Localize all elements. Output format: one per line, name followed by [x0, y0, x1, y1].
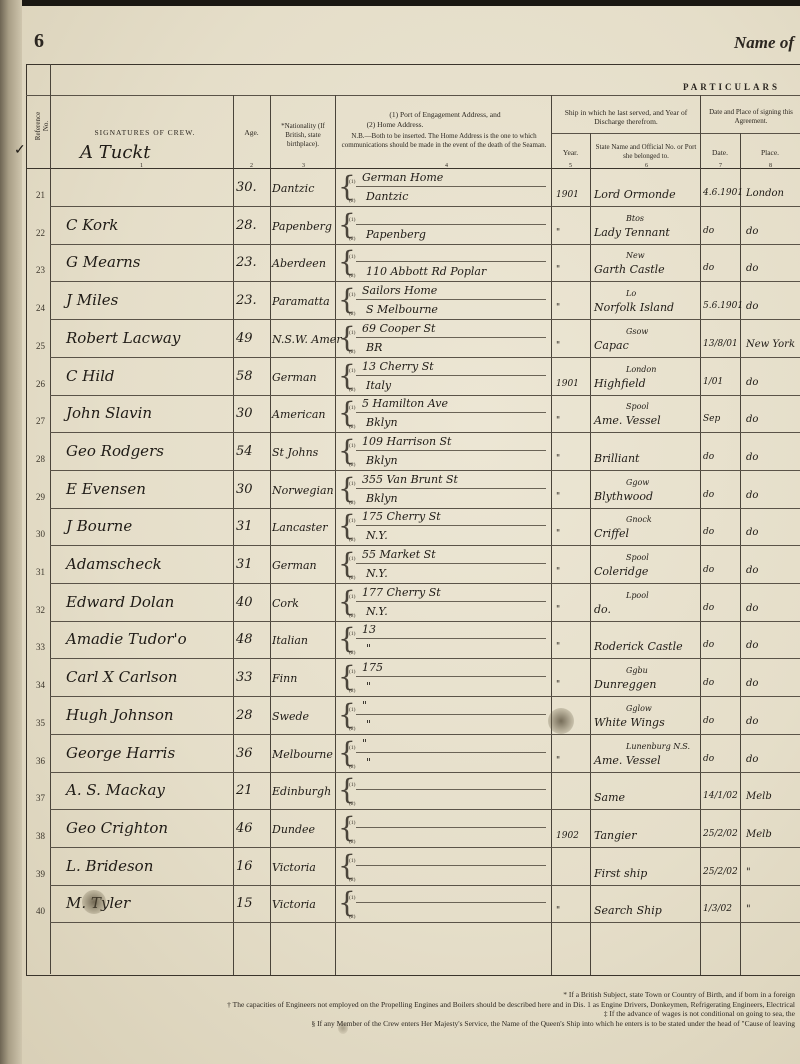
- crew-row: 38 Geo Crighton 46 Dundee { (1) (2) 1902…: [26, 811, 800, 848]
- last-ship-port-note: Btos: [626, 214, 644, 223]
- address-line-1-marker: (1): [349, 292, 355, 298]
- colnum-6: 6: [645, 163, 648, 169]
- crew-address-2: N.Y.: [366, 529, 388, 542]
- address-line-1-rule: [356, 412, 546, 413]
- last-ship-name: Dunreggen: [594, 678, 656, 691]
- last-ship-year: ": [556, 416, 560, 426]
- last-ship-port-note: Spool: [626, 553, 649, 562]
- address-line-1-marker: (1): [349, 895, 355, 901]
- signing-place: do: [746, 226, 758, 237]
- crew-nationality: German: [272, 371, 317, 384]
- crew-nationality: Victoria: [272, 861, 316, 874]
- header-rule-top: [26, 95, 800, 96]
- crew-row: 31 Adamscheck 31 German { (1) (2) 55 Mar…: [26, 547, 800, 584]
- crew-nationality: American: [272, 408, 325, 421]
- last-ship-name: Brilliant: [594, 452, 639, 465]
- address-line-2-marker: (2): [349, 537, 355, 543]
- last-ship-port-note: Gsow: [626, 327, 648, 336]
- last-ship-name: Blythwood: [594, 490, 653, 503]
- address-line-2-marker: (2): [349, 500, 355, 506]
- crew-age: 40: [236, 595, 253, 610]
- signing-place: ": [746, 867, 751, 878]
- crew-signature: C Kork: [66, 216, 118, 234]
- last-ship-name: White Wings: [594, 716, 665, 729]
- signing-date: do: [703, 678, 714, 688]
- address-line-1-marker: (1): [349, 594, 355, 600]
- signing-place: New York: [746, 339, 795, 350]
- crew-address-1: 109 Harrison St: [362, 435, 451, 448]
- crew-signature: Geo Rodgers: [66, 442, 164, 460]
- last-ship-name: Highfield: [594, 377, 646, 390]
- crew-address-1: 55 Market St: [362, 548, 436, 561]
- continued-title: Name of: [734, 33, 794, 53]
- page-number: 6: [34, 30, 44, 53]
- top-entry-signature: A Tuckt: [80, 142, 151, 163]
- signing-date: 1/01: [703, 377, 723, 387]
- address-line-2-marker: (2): [349, 273, 355, 279]
- crew-nationality: German: [272, 559, 317, 572]
- crew-row: 24 J Miles 23. Paramatta { (1) (2) Sailo…: [26, 283, 800, 320]
- crew-address-1: 69 Cooper St: [362, 322, 435, 335]
- reference-number: 37: [36, 793, 45, 803]
- signing-date: do: [703, 490, 714, 500]
- crew-signature: Hugh Johnson: [66, 706, 174, 724]
- address-line-1-marker: (1): [349, 707, 355, 713]
- signing-date: do: [703, 527, 714, 537]
- address-line-1-marker: (1): [349, 631, 355, 637]
- signing-place: do: [746, 301, 758, 312]
- address-line-1-rule: [356, 525, 546, 526]
- reference-number: 39: [36, 869, 45, 879]
- crew-signature: Edward Dolan: [66, 593, 174, 611]
- crew-signature: John Slavin: [66, 404, 152, 422]
- crew-age: 28: [236, 708, 253, 723]
- signing-place: do: [746, 527, 758, 538]
- address-line-1-rule: [356, 789, 546, 790]
- crew-age: 16: [236, 859, 253, 874]
- colnum-2: 2: [250, 163, 253, 169]
- crew-address-2: S Melbourne: [366, 303, 438, 316]
- crew-nationality: Dundee: [272, 823, 315, 836]
- signing-date: do: [703, 603, 714, 613]
- last-ship-name: Ame. Vessel: [594, 754, 661, 767]
- signing-date: do: [703, 565, 714, 575]
- colnum-4: 4: [445, 163, 448, 169]
- signing-date: do: [703, 263, 714, 273]
- reference-number: 32: [36, 605, 45, 615]
- last-ship-year: ": [556, 605, 560, 615]
- reference-number: 22: [36, 228, 45, 238]
- signing-date: do: [703, 754, 714, 764]
- crew-age: 46: [236, 821, 253, 836]
- crew-address-2: ": [366, 680, 371, 693]
- crew-nationality: Aberdeen: [272, 257, 326, 270]
- address-line-1-marker: (1): [349, 368, 355, 374]
- address-line-1-rule: [356, 676, 546, 677]
- last-ship-name: Criffel: [594, 527, 629, 540]
- last-ship-port-note: Spool: [626, 402, 649, 411]
- footnotes: * If a British Subject, state Town or Co…: [80, 990, 795, 1028]
- footnote-nationality: * If a British Subject, state Town or Co…: [80, 990, 795, 1000]
- crew-row: 27 John Slavin 30 American { (1) (2) 5 H…: [26, 396, 800, 433]
- crew-signature: E Evensen: [66, 480, 146, 498]
- crew-row: 39 L. Brideson 16 Victoria { (1) (2) Fir…: [26, 849, 800, 886]
- address-line-1-rule: [356, 638, 546, 639]
- last-ship-year: ": [556, 642, 560, 652]
- crew-address-2: Bklyn: [366, 492, 398, 505]
- reference-number: 30: [36, 529, 45, 539]
- last-ship-port-note: Lunenburg N.S.: [626, 742, 690, 751]
- address-line-1-marker: (1): [349, 481, 355, 487]
- header-year: Year.: [551, 148, 590, 157]
- crew-row: 40 M. Tyler 15 Victoria { (1) (2) " Sear…: [26, 886, 800, 923]
- crew-nationality: N.S.W. Amer: [272, 333, 342, 346]
- reference-number: 24: [36, 303, 45, 313]
- page-top-edge: [0, 0, 800, 6]
- signing-place: do: [746, 640, 758, 651]
- last-ship-name: do.: [594, 603, 611, 616]
- signing-date: do: [703, 716, 714, 726]
- last-ship-port-note: Lo: [626, 289, 636, 298]
- last-ship-name: Search Ship: [594, 904, 662, 917]
- signing-place: do: [746, 414, 758, 425]
- ship-subheader-rule: [551, 133, 800, 134]
- signing-date: do: [703, 452, 714, 462]
- crew-address-2: ": [366, 718, 371, 731]
- last-ship-year: ": [556, 228, 560, 238]
- colnum-1: 1: [140, 163, 143, 169]
- crew-address-2: Papenberg: [366, 228, 426, 241]
- crew-age: 33: [236, 670, 253, 685]
- last-ship-port-note: Ggow: [626, 478, 649, 487]
- footnote-queens-service: § If any Member of the Crew enters Her M…: [80, 1019, 795, 1029]
- crew-row: 34 Carl X Carlson 33 Finn { (1) (2) 175 …: [26, 660, 800, 697]
- header-place: Place.: [740, 148, 800, 157]
- crew-address-1: German Home: [362, 171, 443, 184]
- last-ship-name: Same: [594, 791, 625, 804]
- crew-age: 23.: [236, 255, 257, 270]
- last-ship-year: ": [556, 529, 560, 539]
- crew-address-1: ": [362, 699, 367, 712]
- crew-nationality: Norwegian: [272, 484, 334, 497]
- last-ship-name: Capac: [594, 339, 629, 352]
- signing-place: do: [746, 263, 758, 274]
- crew-address-1: 177 Cherry St: [362, 586, 441, 599]
- crew-age: 23.: [236, 293, 257, 308]
- last-ship-port-note: London: [626, 365, 656, 374]
- crew-address-1: 175: [362, 661, 383, 674]
- address-line-1-rule: [356, 865, 546, 866]
- address-line-2-marker: (2): [349, 311, 355, 317]
- crew-row: 21 30. Dantzic { (1) (2) German Home Dan…: [26, 170, 800, 207]
- header-date: Date.: [700, 148, 740, 157]
- last-ship-port-note: Gnock: [626, 515, 652, 524]
- header-signing: Date and Place of signing this Agreement…: [702, 108, 800, 126]
- ink-stain: [82, 890, 106, 914]
- address-line-1-rule: [356, 563, 546, 564]
- header-address-1: (1) Port of Engagement Address, and: [345, 110, 545, 119]
- crew-row: 28 Geo Rodgers 54 St Johns { (1) (2) 109…: [26, 434, 800, 471]
- last-ship-port-note: Lpool: [626, 591, 649, 600]
- signing-place: Melb: [746, 791, 772, 802]
- signing-place: do: [746, 754, 758, 765]
- crew-signature: George Harris: [66, 744, 175, 762]
- address-line-1-marker: (1): [349, 405, 355, 411]
- address-line-1-marker: (1): [349, 443, 355, 449]
- crew-address-1: ": [362, 737, 367, 750]
- signing-place: do: [746, 565, 758, 576]
- address-line-1-rule: [356, 375, 546, 376]
- signing-place: do: [746, 678, 758, 689]
- address-line-1-marker: (1): [349, 254, 355, 260]
- address-line-2-marker: (2): [349, 387, 355, 393]
- address-line-2-marker: (2): [349, 688, 355, 694]
- last-ship-name: Garth Castle: [594, 263, 665, 276]
- crew-address-1: 13 Cherry St: [362, 360, 434, 373]
- address-line-1-rule: [356, 488, 546, 489]
- address-line-1-marker: (1): [349, 217, 355, 223]
- crew-address-2: Italy: [366, 379, 391, 392]
- crew-signature: G Mearns: [66, 253, 140, 271]
- signing-date: 25/2/02: [703, 829, 738, 839]
- colnum-3: 3: [302, 163, 305, 169]
- crew-address-2: 110 Abbott Rd Poplar: [366, 265, 486, 278]
- last-ship-year: ": [556, 756, 560, 766]
- crew-address-2: ": [366, 756, 371, 769]
- crew-row: 22 C Kork 28. Papenberg { (1) (2) Papenb…: [26, 208, 800, 245]
- crew-address-2: ": [366, 642, 371, 655]
- reference-number: 29: [36, 492, 45, 502]
- crew-row: 26 C Hild 58 German { (1) (2) 13 Cherry …: [26, 359, 800, 396]
- crew-age: 48: [236, 632, 253, 647]
- last-ship-name: Coleridge: [594, 565, 648, 578]
- address-line-1-marker: (1): [349, 669, 355, 675]
- last-ship-year: ": [556, 303, 560, 313]
- crew-address-2: N.Y.: [366, 567, 388, 580]
- last-ship-name: Ame. Vessel: [594, 414, 661, 427]
- reference-number: 34: [36, 680, 45, 690]
- signing-date: 14/1/02: [703, 791, 738, 801]
- reference-number: 36: [36, 756, 45, 766]
- address-line-1-rule: [356, 186, 546, 187]
- crew-row: 25 Robert Lacway 49 N.S.W. Amer { (1) (2…: [26, 321, 800, 358]
- crew-signature: Amadie Tudor'o: [66, 630, 187, 648]
- crew-age: 21: [236, 783, 253, 798]
- crew-address-1: 175 Cherry St: [362, 510, 441, 523]
- address-line-1-rule: [356, 450, 546, 451]
- crew-age: 30: [236, 406, 253, 421]
- row-rule: [50, 922, 800, 923]
- reference-number: 25: [36, 341, 45, 351]
- crew-signature: Geo Crighton: [66, 819, 168, 837]
- header-age: Age.: [233, 128, 270, 137]
- address-line-1-rule: [356, 827, 546, 828]
- last-ship-year: ": [556, 454, 560, 464]
- address-line-2-marker: (2): [349, 613, 355, 619]
- colnum-5: 5: [569, 163, 572, 169]
- crew-address-1: 355 Van Brunt St: [362, 473, 458, 486]
- header-address-nb: N.B.—Both to be inserted. The Home Addre…: [340, 132, 548, 150]
- signing-date: 4.6.1901: [703, 188, 743, 198]
- crew-nationality: Lancaster: [272, 521, 328, 534]
- crew-row: 29 E Evensen 30 Norwegian { (1) (2) 355 …: [26, 472, 800, 509]
- signing-date: 25/2/02: [703, 867, 738, 877]
- crew-nationality: Papenberg: [272, 220, 332, 233]
- crew-age: 36: [236, 746, 253, 761]
- colnum-7: 7: [719, 163, 722, 169]
- address-line-1-marker: (1): [349, 518, 355, 524]
- crew-nationality: Victoria: [272, 898, 316, 911]
- crew-nationality: Cork: [272, 597, 299, 610]
- last-ship-name: First ship: [594, 867, 647, 880]
- address-line-1-rule: [356, 337, 546, 338]
- crew-row: 33 Amadie Tudor'o 48 Italian { (1) (2) 1…: [26, 622, 800, 659]
- crew-address-1: 5 Hamilton Ave: [362, 397, 448, 410]
- reference-number: 35: [36, 718, 45, 728]
- address-line-2-marker: (2): [349, 424, 355, 430]
- reference-no-label: Reference No.: [34, 106, 50, 146]
- header-nationality: *Nationality (If British, state birthpla…: [272, 122, 334, 149]
- crew-nationality: Edinburgh: [272, 785, 331, 798]
- address-line-2-marker: (2): [349, 764, 355, 770]
- header-address-2: (2) Home Address.: [345, 120, 445, 129]
- address-line-1-rule: [356, 261, 546, 262]
- crew-age: 49: [236, 331, 253, 346]
- signing-place: do: [746, 377, 758, 388]
- crew-signature: Carl X Carlson: [66, 668, 177, 686]
- crew-age: 28.: [236, 218, 257, 233]
- signing-date: 13/8/01: [703, 339, 738, 349]
- footnote-advance-wages: ‡ If the advance of wages is not conditi…: [80, 1009, 795, 1019]
- header-signatures: SIGNATURES OF CREW.: [60, 128, 230, 137]
- crew-address-1: 13: [362, 623, 376, 636]
- last-ship-name: Tangier: [594, 829, 636, 842]
- crew-row: 37 A. S. Mackay 21 Edinburgh { (1) (2) S…: [26, 773, 800, 810]
- last-ship-year: ": [556, 680, 560, 690]
- last-ship-name: Lord Ormonde: [594, 188, 676, 201]
- last-ship-year: 1901: [556, 190, 579, 200]
- crew-address-2: N.Y.: [366, 605, 388, 618]
- crew-signature: A. S. Mackay: [66, 781, 165, 799]
- crew-age: 31: [236, 519, 253, 534]
- crew-nationality: Dantzic: [272, 182, 314, 195]
- address-line-2-marker: (2): [349, 726, 355, 732]
- last-ship-port-note: New: [626, 251, 645, 260]
- last-ship-year: ": [556, 906, 560, 916]
- crew-row: 35 Hugh Johnson 28 Swede { (1) (2) " " G…: [26, 698, 800, 735]
- reference-number: 28: [36, 454, 45, 464]
- last-ship-name: Norfolk Island: [594, 301, 674, 314]
- address-line-1-rule: [356, 752, 546, 753]
- reference-number: 40: [36, 906, 45, 916]
- last-ship-name: Roderick Castle: [594, 640, 683, 653]
- signing-place: do: [746, 490, 758, 501]
- crew-row: 36 George Harris 36 Melbourne { (1) (2) …: [26, 736, 800, 773]
- last-ship-year: 1901: [556, 379, 579, 389]
- address-line-2-marker: (2): [349, 877, 355, 883]
- crew-address-2: BR: [366, 341, 382, 354]
- crew-row: 23 G Mearns 23. Aberdeen { (1) (2) 110 A…: [26, 245, 800, 282]
- signing-date: Sep: [703, 414, 720, 424]
- crew-signature: L. Brideson: [66, 857, 153, 875]
- crew-signature: C Hild: [66, 367, 115, 385]
- crew-row: 30 J Bourne 31 Lancaster { (1) (2) 175 C…: [26, 509, 800, 546]
- crew-age: 31: [236, 557, 253, 572]
- crew-address-2: Bklyn: [366, 454, 398, 467]
- crew-nationality: Melbourne: [272, 748, 333, 761]
- reference-number: 31: [36, 567, 45, 577]
- reference-number: 27: [36, 416, 45, 426]
- reference-number: 38: [36, 831, 45, 841]
- crew-nationality: Italian: [272, 634, 308, 647]
- signing-place: do: [746, 716, 758, 727]
- signing-date: do: [703, 640, 714, 650]
- crew-signature: Robert Lacway: [66, 329, 180, 347]
- last-ship-port-note: Gglow: [626, 704, 652, 713]
- address-line-1-marker: (1): [349, 179, 355, 185]
- last-ship-year: ": [556, 341, 560, 351]
- last-ship-year: 1902: [556, 831, 579, 841]
- address-line-1-marker: (1): [349, 820, 355, 826]
- reference-number: 23: [36, 265, 45, 275]
- crew-address-2: Dantzic: [366, 190, 408, 203]
- last-ship-year: ": [556, 567, 560, 577]
- address-line-2-marker: (2): [349, 349, 355, 355]
- crew-nationality: St Johns: [272, 446, 318, 459]
- address-line-1-rule: [356, 601, 546, 602]
- reference-number: 26: [36, 379, 45, 389]
- address-line-1-rule: [356, 299, 546, 300]
- crew-age: 15: [236, 896, 253, 911]
- address-line-2-marker: (2): [349, 650, 355, 656]
- signing-place: do: [746, 603, 758, 614]
- address-line-1-marker: (1): [349, 745, 355, 751]
- crew-address-1: Sailors Home: [362, 284, 437, 297]
- ink-stain: [548, 708, 574, 734]
- header-last-ship: Ship in which he last served, and Year o…: [556, 108, 696, 126]
- header-ship-name: State Name and Official No. or Port she …: [594, 143, 698, 161]
- signing-date: do: [703, 226, 714, 236]
- crew-age: 58: [236, 369, 253, 384]
- address-line-2-marker: (2): [349, 198, 355, 204]
- crew-age: 54: [236, 444, 253, 459]
- crew-age: 30: [236, 482, 253, 497]
- address-line-2-marker: (2): [349, 462, 355, 468]
- book-binding: [0, 0, 22, 1064]
- signing-place: Melb: [746, 829, 772, 840]
- signing-place: London: [746, 188, 784, 199]
- reference-number: 21: [36, 190, 45, 200]
- address-line-2-marker: (2): [349, 801, 355, 807]
- address-line-1-marker: (1): [349, 858, 355, 864]
- crew-address-2: Bklyn: [366, 416, 398, 429]
- crew-signature: J Bourne: [66, 517, 132, 535]
- crew-age: 30.: [236, 180, 257, 195]
- address-line-1-rule: [356, 902, 546, 903]
- address-line-1-marker: (1): [349, 556, 355, 562]
- address-line-2-marker: (2): [349, 236, 355, 242]
- last-ship-year: ": [556, 265, 560, 275]
- last-ship-port-note: Ggbu: [626, 666, 648, 675]
- colnum-8: 8: [769, 163, 772, 169]
- address-line-2-marker: (2): [349, 839, 355, 845]
- last-ship-name: Lady Tennant: [594, 226, 670, 239]
- footnote-engineers: † The capacities of Engineers not employ…: [80, 1000, 795, 1010]
- signing-place: ": [746, 904, 751, 915]
- crew-signature: Adamscheck: [66, 555, 162, 573]
- crew-signature: J Miles: [66, 291, 118, 309]
- address-line-1-marker: (1): [349, 330, 355, 336]
